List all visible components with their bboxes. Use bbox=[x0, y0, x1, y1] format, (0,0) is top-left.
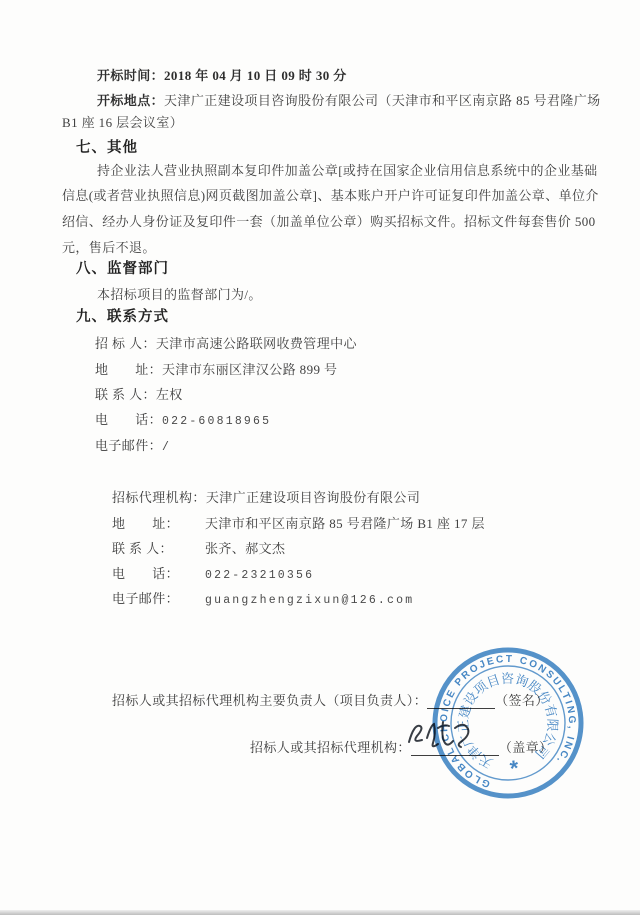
tenderer-address-label: 地 址： bbox=[95, 361, 162, 378]
section7-heading: 七、其他 bbox=[76, 139, 138, 157]
opening-time-line: 开标时间：2018 年 04 月 10 日 09 时 30 分 bbox=[97, 67, 347, 84]
agency-phone-label: 电 话： bbox=[112, 565, 205, 582]
seal-outer-ring bbox=[426, 641, 591, 806]
agency-name-label: 招标代理机构： bbox=[112, 489, 206, 506]
tenderer-address-value: 天津市东丽区津汉公路 899 号 bbox=[162, 362, 337, 377]
section7-line3: 绍信、经办人身份证及复印件一套（加盖单位公章）购买招标文件。招标文件每套售价 5… bbox=[62, 213, 596, 230]
agency-row-name: 招标代理机构：天津广正建设项目咨询股份有限公司 bbox=[112, 489, 420, 506]
agency-person-label: 联 系 人： bbox=[112, 540, 205, 557]
section8-body: 本招标项目的监督部门为/。 bbox=[97, 286, 262, 303]
section7-line4: 元，售后不退。 bbox=[62, 239, 156, 256]
agency-email-value: guangzhengzixun@126.com bbox=[205, 594, 414, 607]
scanned-document-page: 开标时间：2018 年 04 月 10 日 09 时 30 分 开标地点：天津广… bbox=[0, 0, 640, 915]
scanner-edge-shadow bbox=[0, 910, 640, 915]
tenderer-row-name: 招 标 人：天津市高速公路联网收费管理中心 bbox=[95, 335, 357, 352]
opening-place-label: 开标地点： bbox=[97, 93, 164, 108]
tenderer-person-value: 左权 bbox=[156, 387, 183, 402]
agency-row-phone: 电 话：022-23210356 bbox=[112, 565, 314, 584]
signature1-label: 招标人或其招标代理机构主要负责人（项目负责人）： bbox=[112, 693, 427, 708]
agency-row-address: 地 址：天津市和平区南京路 85 号君隆广场 B1 座 17 层 bbox=[112, 515, 485, 532]
seal-star-icon: * bbox=[508, 755, 520, 781]
tenderer-phone-value: 022-60818965 bbox=[162, 415, 271, 428]
agency-email-label: 电子邮件： bbox=[112, 590, 205, 607]
agency-row-email: 电子邮件：guangzhengzixun@126.com bbox=[112, 590, 414, 609]
tenderer-name-value: 天津市高速公路联网收费管理中心 bbox=[156, 336, 357, 351]
tenderer-name-label: 招 标 人： bbox=[95, 335, 156, 352]
tenderer-email-value: / bbox=[162, 441, 171, 454]
tenderer-person-label: 联 系 人： bbox=[95, 386, 156, 403]
opening-place-line2: B1 座 16 层会议室） bbox=[62, 114, 183, 131]
opening-place-value: 天津广正建设项目咨询股份有限公司（天津市和平区南京路 85 号君隆广场 bbox=[164, 93, 601, 108]
agency-row-contact-person: 联 系 人：张齐、郝文杰 bbox=[112, 540, 285, 557]
company-seal-stamp: GLOBAL CHOICE PROJECT CONSULTING, INC. 天… bbox=[418, 633, 599, 814]
agency-person-value: 张齐、郝文杰 bbox=[205, 541, 285, 556]
opening-time-label: 开标时间： bbox=[97, 68, 164, 83]
section7-line1: 持企业法人营业执照副本复印件加盖公章[或持在国家企业信用信息系统中的企业基础 bbox=[97, 162, 598, 179]
agency-phone-value: 022-23210356 bbox=[205, 569, 314, 582]
tenderer-row-email: 电子邮件：/ bbox=[95, 437, 171, 456]
signature2-label: 招标人或其招标代理机构： bbox=[250, 740, 411, 755]
section9-heading: 九、联系方式 bbox=[76, 308, 169, 326]
tenderer-row-phone: 电 话：022-60818965 bbox=[95, 411, 271, 430]
agency-address-label: 地 址： bbox=[112, 515, 205, 532]
agency-address-value: 天津市和平区南京路 85 号君隆广场 B1 座 17 层 bbox=[205, 516, 485, 531]
section7-line2: 信息(或者营业执照信息)网页截图加盖公章]、基本账户开户许可证复印件加盖公章、单… bbox=[62, 187, 599, 204]
tenderer-row-contact-person: 联 系 人：左权 bbox=[95, 386, 183, 403]
tenderer-email-label: 电子邮件： bbox=[95, 437, 162, 454]
tenderer-row-address: 地 址：天津市东丽区津汉公路 899 号 bbox=[95, 361, 337, 378]
agency-name-value: 天津广正建设项目咨询股份有限公司 bbox=[206, 490, 420, 505]
opening-place-line1: 开标地点：天津广正建设项目咨询股份有限公司（天津市和平区南京路 85 号君隆广场 bbox=[97, 92, 601, 109]
tenderer-phone-label: 电 话： bbox=[95, 411, 162, 428]
section8-heading: 八、监督部门 bbox=[76, 260, 169, 278]
opening-time-value: 2018 年 04 月 10 日 09 时 30 分 bbox=[164, 68, 347, 83]
